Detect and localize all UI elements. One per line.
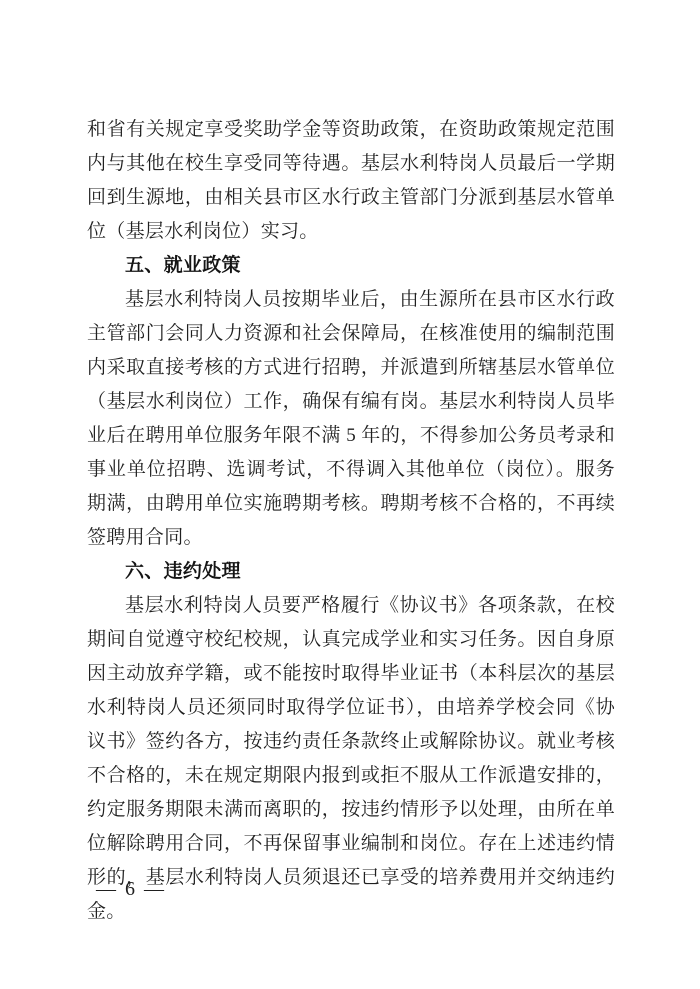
document-body: 和省有关规定享受奖助学金等资助政策，在资助政策规定范围内与其他在校生享受同等待遇…	[87, 113, 615, 929]
section-heading-employment-policy: 五、就业政策	[87, 249, 615, 283]
continuation-paragraph: 和省有关规定享受奖助学金等资助政策，在资助政策规定范围内与其他在校生享受同等待遇…	[87, 113, 615, 249]
page-number: — 6 —	[96, 872, 166, 906]
document-page: 和省有关规定享受奖助学金等资助政策，在资助政策规定范围内与其他在校生享受同等待遇…	[0, 0, 700, 989]
section-body-employment-policy: 基层水利特岗人员按期毕业后，由生源所在县市区水行政主管部门会同人力资源和社会保障…	[87, 283, 615, 555]
section-body-breach-handling: 基层水利特岗人员要严格履行《协议书》各项条款，在校期间自觉遵守校纪校规，认真完成…	[87, 589, 615, 929]
section-heading-breach-handling: 六、违约处理	[87, 555, 615, 589]
